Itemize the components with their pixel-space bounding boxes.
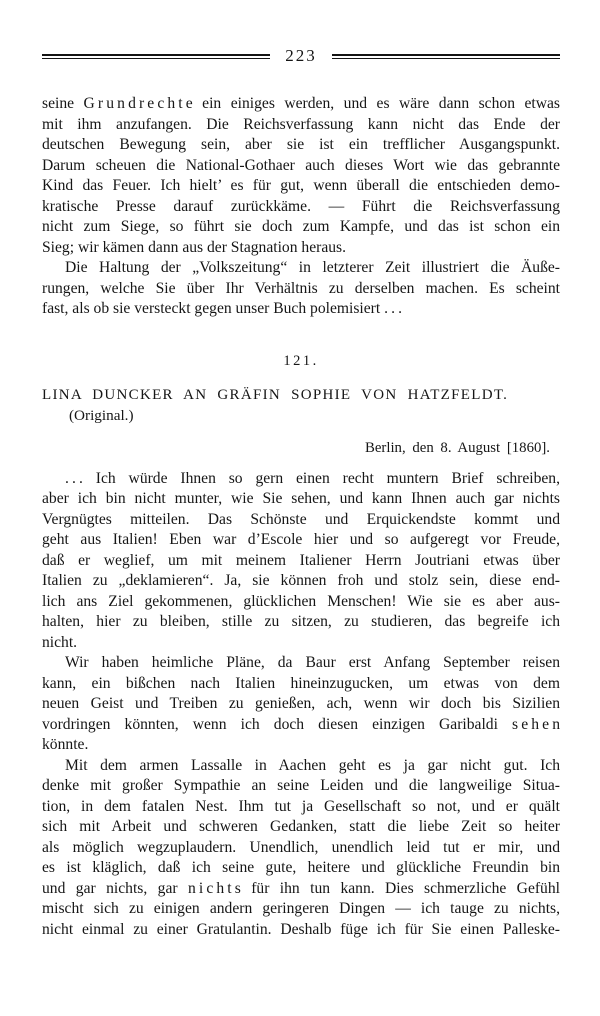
text-line: Mit dem armen Lassalle in Aachen geht es… bbox=[42, 756, 560, 777]
text-line: vordringen könnten, wenn ich doch diesen… bbox=[42, 715, 560, 736]
running-head: 223 bbox=[42, 46, 560, 66]
text-line: daß er weglief, um mit meinem Italiener … bbox=[42, 551, 560, 572]
text-line: Darum scheuen die National-Gothaer auch … bbox=[42, 156, 560, 177]
text-line: es ist kläglich, daß ich seine gute, hei… bbox=[42, 858, 560, 879]
text-line: und gar nichts, gar n i c h t s für ihn … bbox=[42, 879, 560, 900]
text-line: . . . Ich würde Ihnen so gern einen rech… bbox=[42, 469, 560, 490]
text-line: deutschen Bewegung sein, aber sie ist ei… bbox=[42, 135, 560, 156]
text-line: kann, ein bißchen nach Italien hineinzug… bbox=[42, 674, 560, 695]
text-line: nicht einmal zu einer Gratulantin. Desha… bbox=[42, 920, 560, 941]
text-line: nicht zum Siege, so führt sie doch zum K… bbox=[42, 217, 560, 238]
text-line: als möglich wegzuplaudern. Unendlich, un… bbox=[42, 838, 560, 859]
text-line: geht aus Italien! Eben war d’Escole hier… bbox=[42, 530, 560, 551]
text-line: könnte. bbox=[42, 735, 560, 756]
book-page: 223 seine G r u n d r e c h t e ein eini… bbox=[0, 0, 600, 1016]
letter-body-text: . . . Ich würde Ihnen so gern einen rech… bbox=[42, 469, 560, 941]
text-line: halten, hier zu bleiben, stille zu sitze… bbox=[42, 612, 560, 633]
text-line: rungen, welche Sie über Ihr Verhältnis z… bbox=[42, 279, 560, 300]
page-number: 223 bbox=[285, 46, 317, 66]
text-line: lich ans Ziel gekommenen, glücklichen Me… bbox=[42, 592, 560, 613]
text-line: Die Haltung der „Volkszeitung“ in letzte… bbox=[42, 258, 560, 279]
letter-subheading: (Original.) bbox=[42, 406, 560, 426]
paragraph: . . . Ich würde Ihnen so gern einen rech… bbox=[42, 469, 560, 654]
letter-dateline: Berlin, den 8. August [1860]. bbox=[42, 438, 560, 458]
text-line: Kind das Feuer. Ich hielt’ es für gut, w… bbox=[42, 176, 560, 197]
text-line: tion, in dem fatalen Nest. Ihm tut ja Ge… bbox=[42, 797, 560, 818]
section-number: 121. bbox=[42, 351, 560, 371]
paragraph: seine G r u n d r e c h t e ein einiges … bbox=[42, 94, 560, 258]
text-line: Wir haben heimliche Pläne, da Baur erst … bbox=[42, 653, 560, 674]
page-body: seine G r u n d r e c h t e ein einiges … bbox=[42, 94, 560, 940]
header-rule-left bbox=[42, 54, 270, 59]
letter-heading: LINA DUNCKER AN GRÄFIN SOPHIE VON HATZFE… bbox=[42, 385, 560, 406]
text-line: mischt sich zu einigen andern geringeren… bbox=[42, 899, 560, 920]
text-line: nicht. bbox=[42, 633, 560, 654]
text-line: Italien zu „deklamieren“. Ja, sie können… bbox=[42, 571, 560, 592]
paragraph: Die Haltung der „Volkszeitung“ in letzte… bbox=[42, 258, 560, 320]
header-rule-right bbox=[332, 54, 560, 59]
paragraph: Mit dem armen Lassalle in Aachen geht es… bbox=[42, 756, 560, 941]
continued-letter-text: seine G r u n d r e c h t e ein einiges … bbox=[42, 94, 560, 320]
text-line: mit ihm anzufangen. Die Reichsverfassung… bbox=[42, 115, 560, 136]
text-line: aber ich bin nicht munter, wie Sie sehen… bbox=[42, 489, 560, 510]
text-line: Sieg; wir kämen dann aus der Stagnation … bbox=[42, 238, 560, 259]
text-line: seine G r u n d r e c h t e ein einiges … bbox=[42, 94, 560, 115]
text-line: kratische Presse darauf zurückkäme. — Fü… bbox=[42, 197, 560, 218]
text-line: fast, als ob sie versteckt gegen unser B… bbox=[42, 299, 560, 320]
text-line: denke mit großer Sympathie an seine Leid… bbox=[42, 776, 560, 797]
text-line: neuen Geist und Treiben zu genießen, ach… bbox=[42, 694, 560, 715]
paragraph: Wir haben heimliche Pläne, da Baur erst … bbox=[42, 653, 560, 756]
text-line: Vergnügtes mitteilen. Das Schönste und E… bbox=[42, 510, 560, 531]
text-line: sich mit Arbeit und schweren Gedanken, s… bbox=[42, 817, 560, 838]
